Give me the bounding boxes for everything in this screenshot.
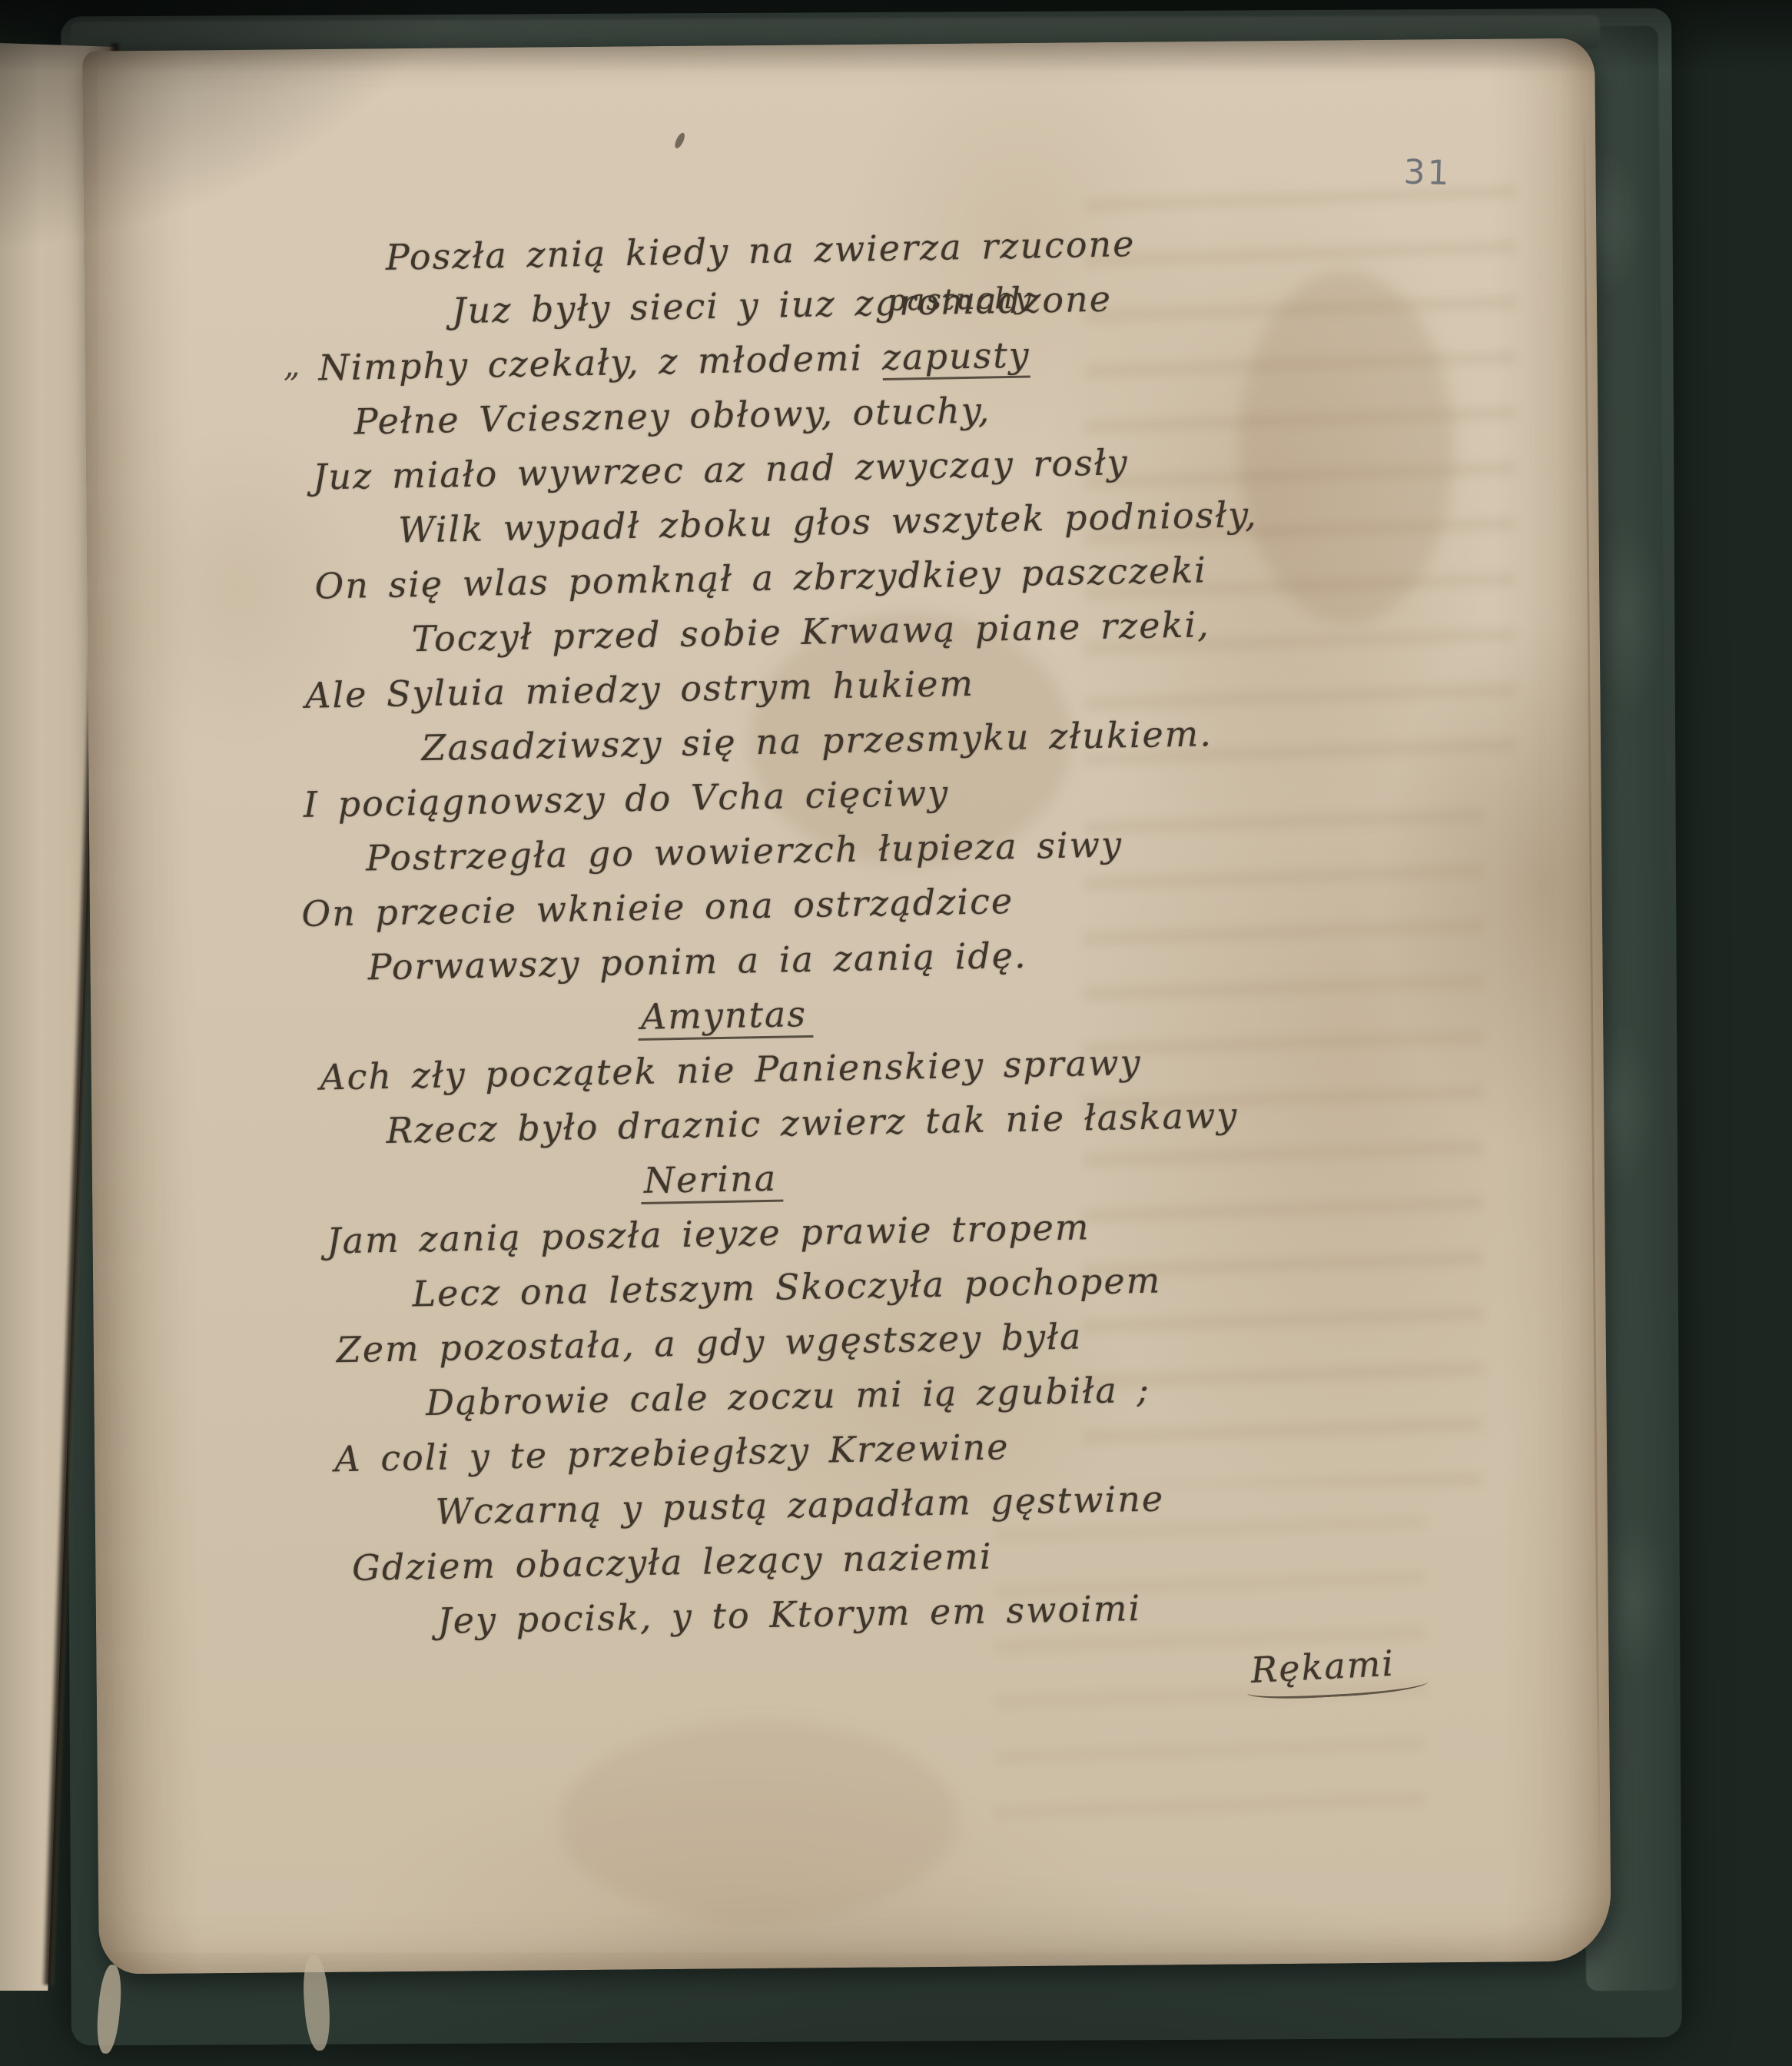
page-number: 31 [1403, 153, 1452, 194]
interlinear-correction: pastuchy [887, 283, 1033, 314]
book-scan: 31 „ Poszła znią kiedy na zwierza rzucon… [0, 0, 1792, 2066]
verse-text: Nimphy czekały, z młodemi [318, 337, 882, 388]
manuscript-page: 31 „ Poszła znią kiedy na zwierza rzucon… [82, 38, 1611, 1974]
struck-word: zapusty [881, 334, 1030, 381]
correction-wrap: zapustypastuchy [881, 334, 1030, 379]
stray-ink-mark [673, 131, 687, 150]
speaker-name: Nerina [640, 1158, 783, 1204]
paper-stain [558, 1719, 959, 1923]
poem-text: Poszła znią kiedy na zwierza rzucone Juz… [277, 211, 1502, 1651]
speaker-name: Amyntas [637, 993, 813, 1041]
catchword-wrap: Rękami [1245, 1641, 1428, 1692]
